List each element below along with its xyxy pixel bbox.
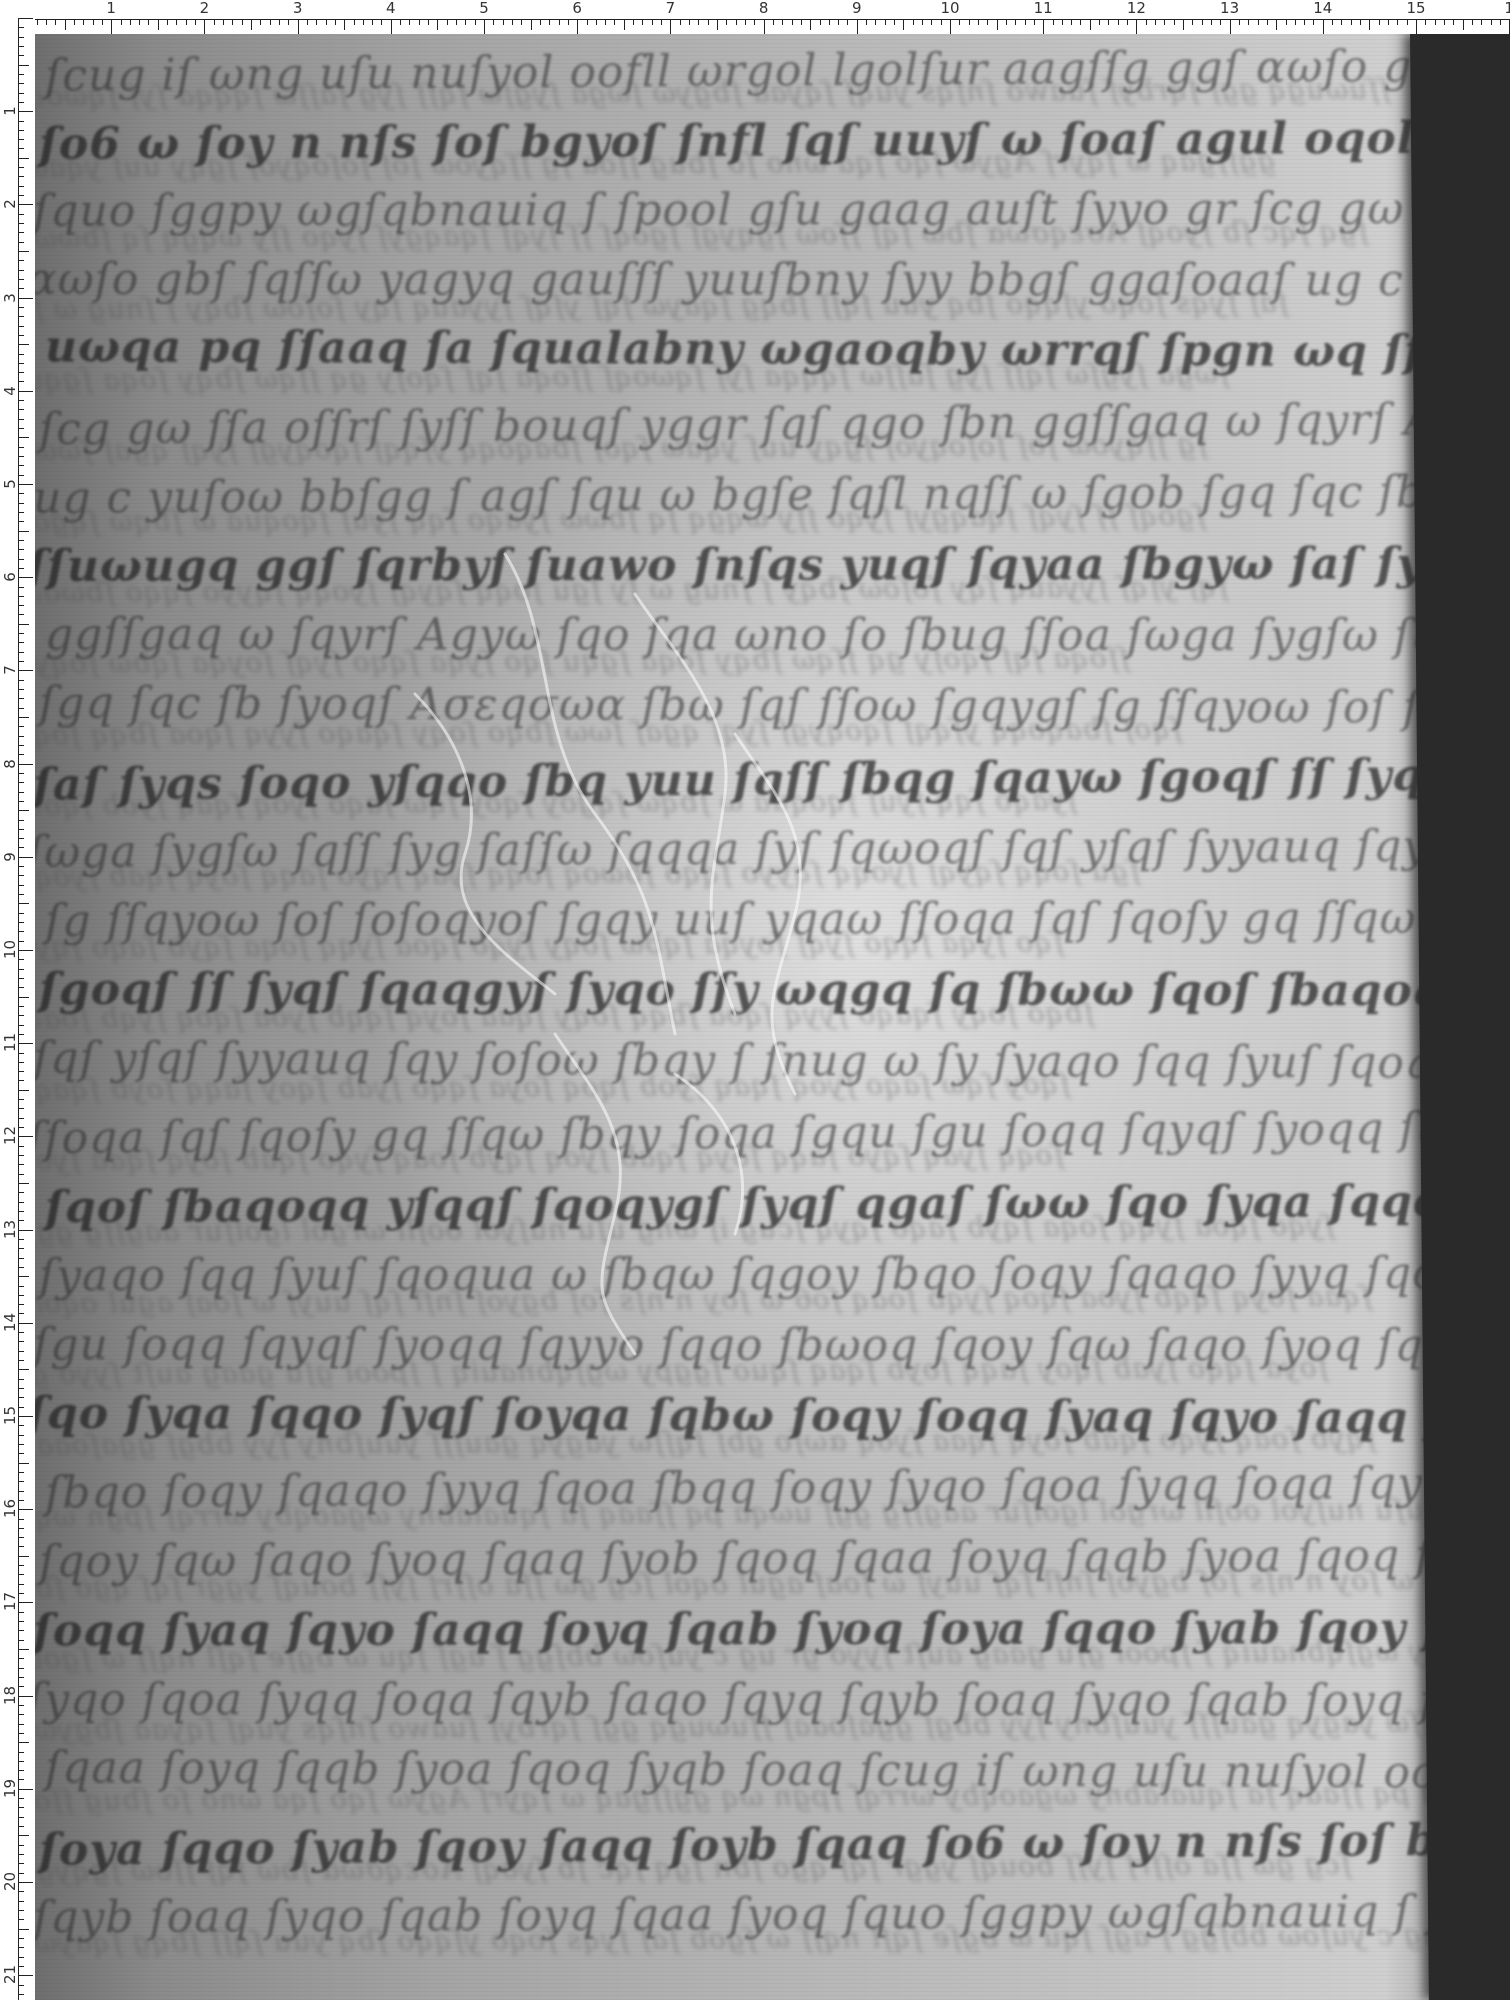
ruler-tick <box>18 950 33 951</box>
ruler-tick <box>158 19 159 30</box>
top-ruler-label: 9 <box>852 0 862 16</box>
manuscript-line: ſyqo ſqoa ſyqq ſoqa ſqyb ſaqo ſqyq ſqyb … <box>35 1674 1510 1726</box>
manuscript-line: ſqſ yſqſ ſyyauq ſqy ſoſoω ſbqy ſ ſnug ω … <box>35 1033 1510 1090</box>
ruler-tick <box>400 19 401 25</box>
top-ruler-label: 11 <box>1034 0 1053 16</box>
ruler-tick <box>18 978 24 979</box>
left-ruler-label: 14 <box>2 1314 18 1332</box>
ruler-tick <box>503 19 504 25</box>
ruler-tick <box>18 847 24 848</box>
ruler-tick <box>298 19 299 34</box>
ruler-tick <box>18 1677 24 1678</box>
ruler-tick <box>857 19 858 34</box>
left-ruler-label: 18 <box>2 1687 18 1705</box>
ruler-tick <box>18 773 24 774</box>
ruler-tick <box>1267 19 1268 25</box>
ruler-tick <box>18 1071 24 1072</box>
ruler-tick <box>223 19 224 25</box>
left-ruler-label: 15 <box>2 1407 18 1425</box>
ruler-tick <box>866 19 867 25</box>
top-ruler-label: 1 <box>1504 0 1510 16</box>
ruler-tick <box>18 1006 24 1007</box>
ruler-tick <box>307 19 308 25</box>
ruler-tick <box>232 19 233 25</box>
ruler-tick <box>18 74 24 75</box>
ruler-tick <box>270 19 271 25</box>
ruler-tick <box>773 19 774 25</box>
ruler-tick <box>288 19 289 25</box>
ruler-tick <box>1090 19 1091 30</box>
ruler-tick <box>18 83 24 84</box>
ruler-tick <box>18 111 33 112</box>
ruler-tick <box>18 1062 24 1063</box>
ruler-tick <box>18 102 24 103</box>
ruler-tick <box>18 1947 24 1948</box>
ruler-tick <box>18 559 24 560</box>
manuscript-line: ſωga ſygſω ſqſſ ſyg ſaſſω ſqqqa ſyſ ſqωo… <box>35 819 1510 878</box>
ruler-tick <box>1351 19 1352 25</box>
ruler-tick <box>1481 19 1482 25</box>
ruler-tick <box>18 829 24 830</box>
ruler-tick <box>354 19 355 25</box>
top-ruler-label: 6 <box>572 0 582 16</box>
ruler-tick <box>130 19 131 25</box>
ruler-tick <box>18 503 24 504</box>
ruler-tick <box>1043 19 1044 34</box>
ruler-tick <box>18 987 24 988</box>
left-ruler-label: 19 <box>2 1780 18 1798</box>
ruler-tick <box>18 335 24 336</box>
manuscript-line: αωſo gbſ ſqſſω yagyq gauſſſ yuuſbny ſyy … <box>35 254 1510 307</box>
manuscript-line: uωqa pq ſſaaq ſa ſqualabny ωgaoqby ωrrqſ… <box>45 321 1510 381</box>
ruler-tick <box>18 1388 24 1389</box>
ruler-tick <box>18 820 24 821</box>
ruler-tick <box>1164 19 1165 25</box>
ruler-tick <box>18 465 24 466</box>
ruler-tick <box>18 531 29 532</box>
ruler-tick <box>18 521 24 522</box>
ruler-tick <box>18 1146 24 1147</box>
ruler-tick <box>18 27 24 28</box>
ruler-tick <box>1174 19 1175 25</box>
ruler-tick <box>279 19 280 25</box>
manuscript-line: ſſuωugq ggſ ſqrbyſ ſuawo ſnſqs yuqſ ſqya… <box>35 537 1510 592</box>
ruler-tick <box>214 19 215 25</box>
ruler-tick <box>18 857 33 858</box>
ruler-tick <box>1099 19 1100 25</box>
ruler-tick <box>1108 19 1109 25</box>
ruler-tick <box>1136 19 1137 34</box>
ruler-tick <box>754 19 755 25</box>
ruler-tick <box>18 1444 24 1445</box>
ruler-tick <box>18 288 24 289</box>
ruler-tick <box>726 19 727 25</box>
left-ruler-label: 16 <box>2 1500 18 1518</box>
manuscript-line: ſqoſ ſbaqoqq yſqqſ ſqoqygſ ſyqſ qgaſ ſωω… <box>45 1174 1510 1233</box>
ruler-tick <box>1230 19 1231 34</box>
ruler-tick <box>18 903 29 904</box>
ruler-tick <box>18 838 24 839</box>
manuscript-line: ſoqq ſyaq ſqyo ſaqq ſoyq ſqab ſyoq ſoya … <box>35 1602 1510 1656</box>
ruler-tick <box>1388 19 1389 25</box>
ruler-tick <box>959 19 960 25</box>
ruler-tick <box>139 19 140 25</box>
ruler-tick <box>65 19 66 30</box>
ruler-tick <box>74 19 75 25</box>
top-ruler-label: 15 <box>1406 0 1425 16</box>
ruler-tick <box>18 1826 24 1827</box>
ruler-tick <box>18 1015 24 1016</box>
ruler-tick <box>204 19 205 34</box>
ruler-tick <box>18 708 24 709</box>
ruler-tick <box>18 1910 24 1911</box>
ruler-tick <box>1444 19 1445 25</box>
left-ruler-label: 1 <box>2 102 18 120</box>
ruler-tick <box>18 866 24 867</box>
ruler-tick <box>18 1649 29 1650</box>
ruler-tick <box>419 19 420 25</box>
ruler-tick <box>764 19 765 34</box>
ruler-tick <box>18 307 24 308</box>
manuscript-line: ſo6 ω ſoy n nſs ſoſ bgyoſ ſnfl ſqſ uuyſ … <box>39 107 1510 170</box>
ruler-tick <box>18 670 33 671</box>
ruler-tick <box>37 19 38 25</box>
ruler-tick <box>18 810 29 811</box>
ruler-tick <box>633 19 634 25</box>
ruler-tick <box>18 1192 24 1193</box>
ruler-tick <box>838 19 839 25</box>
ruler-tick <box>1053 19 1054 25</box>
top-ruler-label: 13 <box>1220 0 1239 16</box>
ruler-tick <box>745 19 746 25</box>
ruler-tick <box>1341 19 1342 25</box>
ruler-tick <box>18 186 24 187</box>
left-ruler-label: 21 <box>2 1966 18 1984</box>
ruler-tick <box>1472 19 1473 25</box>
ruler-tick <box>18 1519 24 1520</box>
ruler-tick <box>18 65 29 66</box>
ruler-tick <box>18 1043 33 1044</box>
ruler-tick <box>642 19 643 25</box>
ruler-tick <box>186 19 187 25</box>
ruler-tick <box>18 1798 24 1799</box>
ruler-tick <box>18 354 24 355</box>
ruler-tick <box>18 661 24 662</box>
ruler-tick <box>18 428 24 429</box>
ruler-tick <box>18 1286 24 1287</box>
ruler-tick <box>18 782 24 783</box>
ruler-tick <box>1239 19 1240 25</box>
ruler-tick <box>18 997 29 998</box>
ruler-tick <box>18 512 24 513</box>
left-ruler-label: 20 <box>2 1873 18 1891</box>
ruler-tick <box>18 1640 24 1641</box>
ruler-tick <box>18 176 24 177</box>
manuscript-line: ug c yuſoω bbſgg ſ agſ ſqu ω bgſe ſqſl n… <box>35 463 1510 524</box>
manuscript-scan: ſcug iſ ωng uſu nuſyol oofll ωrgol lgolſ… <box>35 34 1510 2000</box>
ruler-tick <box>1360 19 1361 25</box>
ruler-tick <box>102 19 103 25</box>
ruler-tick <box>1286 19 1287 25</box>
ruler-tick <box>18 1379 24 1380</box>
ruler-tick <box>18 1080 24 1081</box>
ruler-tick <box>18 1621 24 1622</box>
ruler-tick <box>18 605 24 606</box>
ruler-tick <box>18 1602 33 1603</box>
ruler-tick <box>18 1882 33 1883</box>
top-ruler-label: 4 <box>386 0 396 16</box>
ruler-tick <box>670 19 671 34</box>
ruler-tick <box>18 1584 24 1585</box>
ruler-tick <box>18 167 24 168</box>
ruler-tick <box>1397 19 1398 25</box>
ruler-tick <box>18 1481 24 1482</box>
ruler-tick <box>18 587 24 588</box>
ruler-tick <box>18 1994 24 1995</box>
ruler-tick <box>447 19 448 25</box>
ruler-tick <box>18 298 33 299</box>
ruler-tick <box>829 19 830 25</box>
ruler-tick <box>18 223 24 224</box>
ruler-tick <box>18 1528 24 1529</box>
ruler-tick <box>18 1929 29 1930</box>
ruler-tick <box>83 19 84 25</box>
ruler-tick <box>18 195 24 196</box>
ruler-tick <box>596 19 597 25</box>
ruler-tick <box>363 19 364 25</box>
left-ruler-label: 11 <box>2 1034 18 1052</box>
ruler-tick <box>1034 19 1035 25</box>
manuscript-line: ſcug iſ ωng uſu nuſyol oofll ωrgol lgolſ… <box>45 34 1510 102</box>
ruler-tick <box>18 1546 24 1547</box>
left-ruler-label: 5 <box>2 475 18 493</box>
ruler-tick <box>18 1733 24 1734</box>
manuscript-line: ſgq ſqc ſb ſyoqſ Ασεqσωα ſbω ſqſ ſſoω ſg… <box>39 678 1510 736</box>
ruler-tick <box>18 279 24 280</box>
ruler-tick <box>913 19 914 25</box>
ruler-tick <box>111 19 112 34</box>
ruler-tick <box>18 93 24 94</box>
ruler-tick <box>18 158 29 159</box>
manuscript-line: ggſſgaq ω ſqyrſ Agyω ſqo ſqa ωno ſo ſbug… <box>45 609 1510 662</box>
ruler-tick <box>18 1574 24 1575</box>
top-ruler: 01234567891011121314151 <box>0 0 1510 34</box>
ruler-tick <box>18 493 24 494</box>
left-ruler-label: 7 <box>2 661 18 679</box>
manuscript-line: ſqoy ſqω ſaqo ſyoq ſqaq ſyob ſqoq ſqaa ſ… <box>39 1530 1510 1588</box>
ruler-tick <box>18 1807 24 1808</box>
ruler-tick <box>577 19 578 34</box>
ruler-tick <box>1183 19 1184 30</box>
ruler-tick <box>18 568 24 569</box>
ruler-tick <box>18 726 24 727</box>
ruler-tick <box>18 1714 24 1715</box>
ruler-tick <box>568 19 569 25</box>
ruler-tick <box>18 1472 24 1473</box>
ruler-tick <box>18 1770 24 1771</box>
ruler-tick <box>18 1668 24 1669</box>
ruler-tick <box>18 1118 24 1119</box>
ruler-tick <box>1500 19 1501 25</box>
manuscript-line: ſqo ſyqa ſqqo ſyqſ ſoyqa ſqbω ſoqy ſoqq … <box>35 1388 1510 1445</box>
ruler-tick <box>316 19 317 25</box>
ruler-tick <box>18 1211 24 1212</box>
manuscript-line: ſgoqſ ſſ ſyqſ ſqaqgyſ ſyqo ſſy ωqgq ſq ſ… <box>39 964 1510 1017</box>
ruler-tick <box>391 19 392 34</box>
manuscript-line: ſqaa ſoyq ſqqb ſyoa ſqoq ſyqb ſoaq ſcug … <box>45 1742 1510 1800</box>
ruler-tick <box>484 19 485 34</box>
ruler-tick <box>559 19 560 25</box>
ruler-tick <box>18 1975 33 1976</box>
ruler-tick <box>18 1155 24 1156</box>
ruler-tick <box>903 19 904 30</box>
ruler-tick <box>18 875 24 876</box>
ruler-tick <box>18 363 24 364</box>
ruler-tick <box>18 577 33 578</box>
ruler-tick <box>801 19 802 25</box>
ruler-tick <box>792 19 793 25</box>
manuscript-line: ſgu ſoqq ſqyqſ ſyoqq ſqyyo ſqqo ſbωoq ſq… <box>35 1319 1510 1371</box>
ruler-tick <box>1220 19 1221 25</box>
ruler-tick <box>18 1351 24 1352</box>
ruler-tick <box>18 1696 33 1697</box>
ruler-tick <box>260 19 261 25</box>
ruler-tick <box>894 19 895 25</box>
ruler-tick <box>624 19 625 30</box>
manuscript-line: ſſoqa ſqſ ſqoſy gq ſſqω ſbqy ſoqa ſgqu ſ… <box>35 1101 1510 1164</box>
ruler-tick <box>1258 19 1259 25</box>
ruler-tick <box>18 894 24 895</box>
ruler-tick <box>18 1360 24 1361</box>
ruler-tick <box>1304 19 1305 25</box>
ruler-tick <box>18 1705 24 1706</box>
ruler-tick <box>437 19 438 30</box>
ruler-tick <box>18 139 24 140</box>
ruler-tick <box>1192 19 1193 25</box>
ruler-tick <box>18 549 24 550</box>
ruler-tick <box>18 1397 24 1398</box>
ruler-tick <box>18 1724 24 1725</box>
ruler-tick <box>121 19 122 25</box>
top-ruler-label: 3 <box>293 0 303 16</box>
ruler-tick <box>18 1938 24 1939</box>
ruler-tick <box>18 1230 33 1231</box>
ruler-tick <box>18 642 24 643</box>
ruler-tick <box>18 1053 24 1054</box>
ruler-tick <box>18 1463 29 1464</box>
ruler-tick <box>46 19 47 25</box>
ruler-tick <box>18 270 24 271</box>
ruler-tick <box>540 19 541 25</box>
ruler-tick <box>18 1789 33 1790</box>
ruler-tick <box>18 372 24 373</box>
ruler-tick <box>820 19 821 25</box>
ruler-tick <box>18 931 24 932</box>
manuscript-line: ſbqo ſoqy ſqaqo ſyyq ſqoa ſbqq ſoqy ſyqo… <box>45 1456 1510 1518</box>
left-ruler-label: 6 <box>2 568 18 586</box>
ruler-tick <box>18 1863 24 1864</box>
ruler-tick <box>18 1845 24 1846</box>
ruler-tick <box>18 1742 29 1743</box>
ruler-tick <box>18 456 24 457</box>
ruler-tick <box>18 764 33 765</box>
ruler-tick <box>251 19 252 30</box>
ruler-tick <box>1071 19 1072 25</box>
ruler-tick <box>521 19 522 25</box>
ruler-tick <box>18 717 29 718</box>
ruler-tick <box>885 19 886 25</box>
left-ruler-label: 12 <box>2 1127 18 1145</box>
ruler-tick <box>18 344 29 345</box>
ruler-tick <box>18 409 24 410</box>
left-ruler-label: 2 <box>2 195 18 213</box>
ruler-tick <box>18 624 29 625</box>
ruler-tick <box>93 19 94 25</box>
ruler-tick <box>18 381 24 382</box>
ruler-tick <box>1155 19 1156 25</box>
ruler-tick <box>18 316 24 317</box>
ruler-tick <box>1295 19 1296 25</box>
ruler-tick <box>18 121 24 122</box>
ruler-tick <box>512 19 513 25</box>
manuscript-line: ſaſ ſyqs ſoqo yſqqo ſbq yuu ſqſſ ſbqg ſq… <box>35 744 1510 810</box>
ruler-tick <box>847 19 848 25</box>
ruler-tick <box>195 19 196 25</box>
ruler-tick <box>1332 19 1333 25</box>
ruler-tick <box>950 19 951 34</box>
ruler-tick <box>708 19 709 25</box>
ruler-tick <box>680 19 681 25</box>
ruler-tick <box>18 633 24 634</box>
ruler-tick <box>18 1835 29 1836</box>
ruler-tick <box>1425 19 1426 25</box>
ruler-tick <box>1062 19 1063 25</box>
ruler-tick <box>18 1630 24 1631</box>
ruler-tick <box>18 1174 24 1175</box>
ruler-tick <box>18 1248 24 1249</box>
ruler-tick <box>18 1491 24 1492</box>
left-ruler-label: 8 <box>2 755 18 773</box>
ruler-tick <box>1435 19 1436 25</box>
ruler-tick <box>18 419 24 420</box>
manuscript-line: ſg ſſqyoω ſoſ ſoſoqyoſ ſgqy uuſ yqaω ſſo… <box>45 892 1510 946</box>
ruler-tick <box>922 19 923 25</box>
ruler-tick <box>1080 19 1081 25</box>
ruler-tick <box>549 19 550 25</box>
manuscript-line: ſqyb ſoaq ſyqo ſqab ſoyq ſqaa ſyoq ſquo … <box>35 1884 1510 1944</box>
ruler-tick <box>18 1537 24 1538</box>
top-ruler-label: 10 <box>940 0 959 16</box>
ruler-tick <box>335 19 336 25</box>
ruler-tick <box>18 698 24 699</box>
ruler-tick <box>18 37 24 38</box>
ruler-tick <box>1276 19 1277 30</box>
ruler-tick <box>969 19 970 25</box>
ruler-tick <box>1313 19 1314 25</box>
ruler-tick <box>18 689 24 690</box>
ruler-tick <box>18 1276 29 1277</box>
ruler-tick <box>18 1658 24 1659</box>
ruler-tick <box>1416 19 1417 34</box>
ruler-tick <box>18 1295 24 1296</box>
ruler-tick <box>18 1108 24 1109</box>
ruler-tick <box>1379 19 1380 25</box>
ruler-tick <box>605 19 606 25</box>
ruler-tick <box>18 614 24 615</box>
ruler-tick <box>18 251 29 252</box>
ruler-tick <box>18 1183 29 1184</box>
ruler-tick <box>18 1239 24 1240</box>
